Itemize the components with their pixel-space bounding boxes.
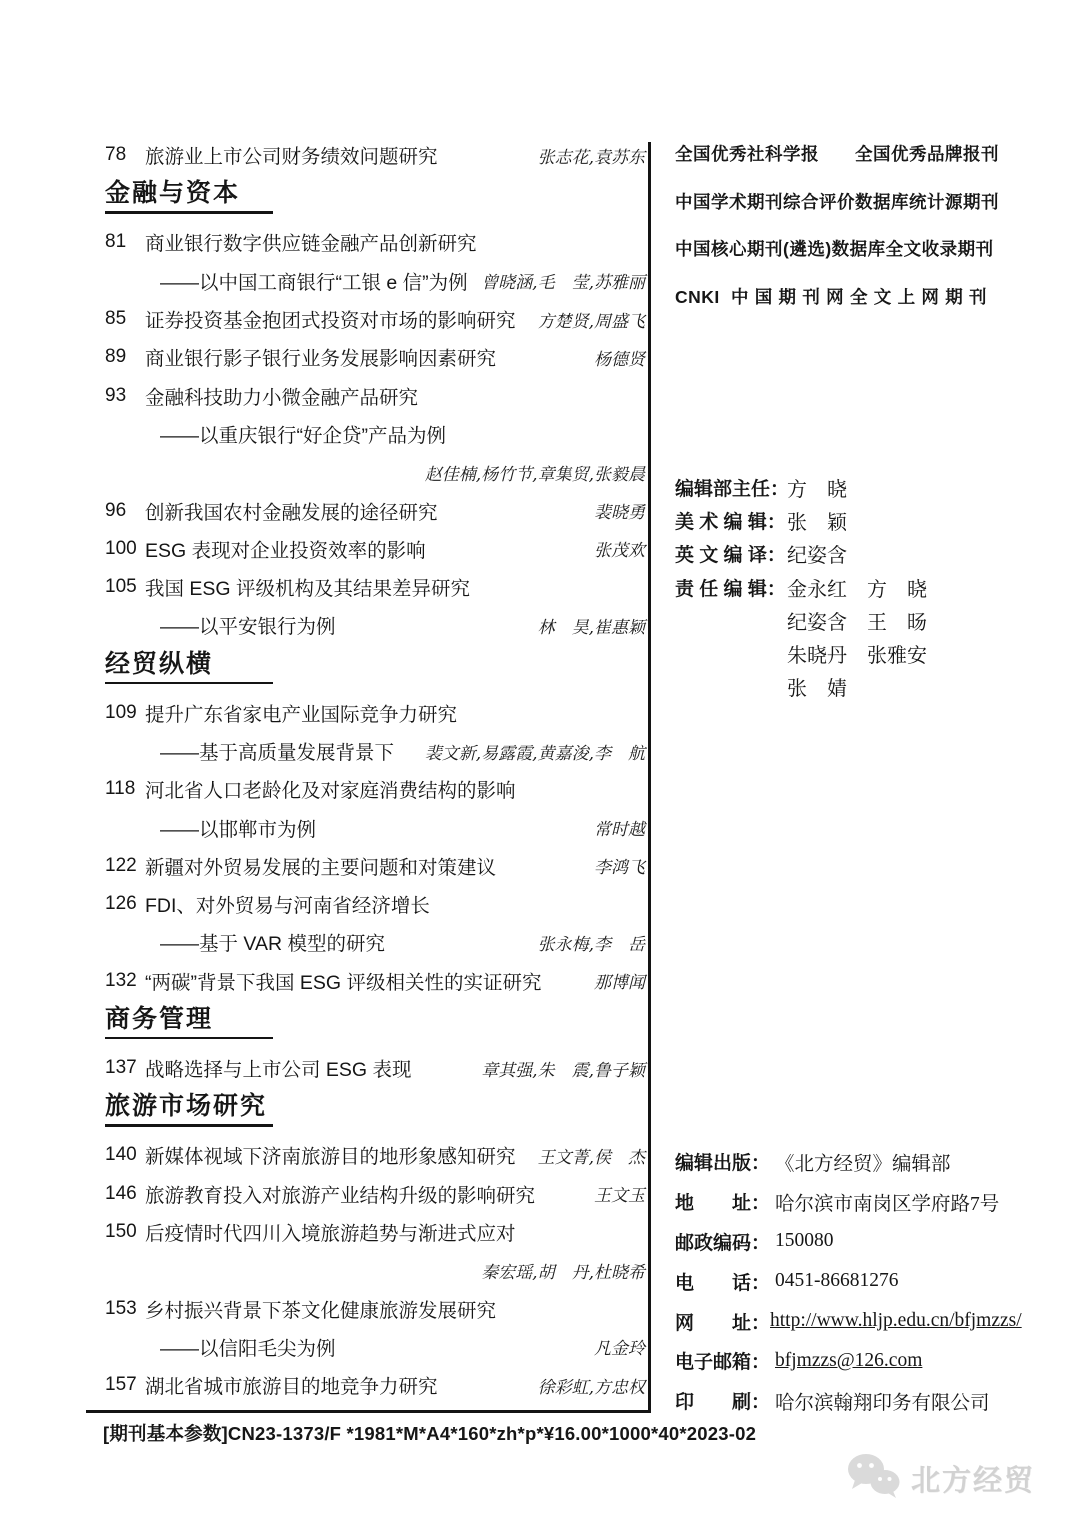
publisher-field-label: 网 址： [675,1308,770,1335]
article-subtitle: ——以信阳毛尖为例 [160,1333,336,1361]
editor-role-label: 编辑部主任： [675,474,787,501]
publisher-field-value: bfjmzzs@126.com [775,1350,922,1372]
article-authors: 张永梅,李 岳 [528,930,645,955]
page-number: 118 [105,778,145,800]
article-authors: 徐彩虹,方忠权 [528,1373,645,1398]
article-title: 河北省人口老龄化及对家庭消费结构的影响 [145,775,516,803]
toc-entry-row: 93金融科技助力小微金融产品研究 [105,376,645,414]
page-number: 150 [105,1221,145,1243]
page-number: 85 [105,308,145,330]
section-header: 经贸纵横 [105,645,645,694]
article-authors: 凡金玲 [584,1334,645,1359]
publisher-field-label: 地 址： [675,1188,775,1215]
page-number: 81 [105,231,145,253]
article-authors: 赵佳楠,杨竹节,章集贸,张毅晨 [415,460,645,485]
toc-subtitle-row: ——基于高质量发展背景下裴文新,易露霞,黄嘉浚,李 航 [105,732,645,770]
toc-entry-row: 100ESG 表现对企业投资效率的影响张茂欢 [105,530,645,568]
wechat-icon [845,1452,903,1505]
footer-rule [86,1410,651,1413]
publisher-line: 网 址：http://www.hljp.edu.cn/bfjmzzs/ [675,1301,1005,1341]
editor-line: 张 婧 [675,670,987,703]
toc-entry-row: 78旅游业上市公司财务绩效问题研究张志花,袁苏东 [105,136,645,174]
toc-entry-row: 96创新我国农村金融发展的途径研究裴晓勇 [105,491,645,529]
page-number: 93 [105,385,145,407]
toc-subtitle-row: ——以重庆银行“好企贷”产品为例 [105,415,645,453]
article-authors: 林 昊,崔惠颖 [528,613,645,638]
page-number: 137 [105,1057,145,1079]
publisher-field-value: 哈尔滨翰翔印务有限公司 [775,1387,990,1415]
editor-role-label: 美 术 编 辑： [675,507,787,534]
section-underline [105,682,273,685]
publisher-field-label: 电子邮箱： [675,1347,775,1374]
article-title: FDI、对外贸易与河南省经济增长 [145,890,430,918]
toc-column: 78旅游业上市公司财务绩效问题研究张志花,袁苏东金融与资本81商业银行数字供应链… [105,136,645,1404]
editor-line: 纪姿含 王 旸 [675,604,987,637]
page-number: 89 [105,346,145,368]
article-subtitle: ——基于 VAR 模型的研究 [160,928,385,956]
journal-toc-page: 78旅游业上市公司财务绩效问题研究张志花,袁苏东金融与资本81商业银行数字供应链… [0,0,1080,1528]
publisher-field-value: 哈尔滨市南岗区学府路7号 [775,1188,999,1216]
toc-authors-row: 赵佳楠,杨竹节,章集贸,张毅晨 [105,453,645,491]
editor-name: 纪姿含 [787,539,847,568]
article-authors: 张志花,袁苏东 [528,143,645,168]
section-title: 经贸纵横 [105,651,645,677]
article-title: 战略选择与上市公司 ESG 表现 [145,1054,412,1082]
article-subtitle: ——以邯郸市为例 [160,814,316,842]
article-authors: 李鸿飞 [584,853,645,878]
accolade-line: CNKI 中国期刊网全文上网期刊 [675,274,987,322]
toc-entry-row: 109提升广东省家电产业国际竞争力研究 [105,694,645,732]
publisher-field-label: 邮政编码： [675,1228,775,1255]
article-title: 后疫情时代四川入境旅游趋势与渐进式应对 [145,1218,516,1246]
page-number: 78 [105,144,145,166]
publisher-line: 编辑出版：《北方经贸》编辑部 [675,1142,1005,1182]
editor-name: 方 晓 [787,473,847,502]
section-title: 商务管理 [105,1006,645,1032]
article-authors: 裴文新,易露霞,黄嘉浚,李 航 [415,739,645,764]
journal-parameters-line: [期刊基本参数]CN23-1373/F *1981*M*A4*160*zh*p*… [103,1420,673,1446]
watermark-text: 北方经贸 [911,1458,1035,1499]
article-title: “两碳”背景下我国 ESG 评级相关性的实证研究 [145,967,542,995]
page-number: 157 [105,1374,145,1396]
publisher-field-value: http://www.hljp.edu.cn/bfjmzzs/ [770,1310,1022,1332]
article-title: 旅游教育投入对旅游产业结构升级的影响研究 [145,1180,535,1208]
page-number: 132 [105,970,145,992]
article-title: 新疆对外贸易发展的主要问题和对策建议 [145,852,496,880]
toc-entry-row: 132“两碳”背景下我国 ESG 评级相关性的实证研究那博闻 [105,962,645,1000]
publisher-field-label: 编辑出版： [675,1148,775,1175]
article-authors: 章其强,朱 震,鲁子颖 [471,1056,645,1081]
toc-entry-row: 122新疆对外贸易发展的主要问题和对策建议李鸿飞 [105,847,645,885]
article-subtitle: ——以平安银行为例 [160,611,336,639]
editor-name: 纪姿含 王 旸 [787,606,927,635]
article-authors: 裴晓勇 [584,498,645,523]
publisher-field-value: 150080 [775,1230,834,1252]
section-header: 金融与资本 [105,174,645,223]
article-title: 乡村振兴背景下茶文化健康旅游发展研究 [145,1295,496,1323]
section-underline [105,1037,273,1040]
article-authors: 王文菁,侯 杰 [528,1143,645,1168]
toc-entry-row: 153乡村振兴背景下茶文化健康旅游发展研究 [105,1289,645,1327]
section-underline [105,1124,273,1127]
toc-subtitle-row: ——以中国工商银行“工银 e 信”为例曾晓涵,毛 莹,苏雅丽 [105,262,645,300]
editor-name: 张 婧 [787,672,847,701]
article-title: ESG 表现对企业投资效率的影响 [145,535,426,563]
editor-name: 金永红 方 晓 [787,573,927,602]
toc-subtitle-row: ——以邯郸市为例常时越 [105,808,645,846]
article-subtitle: ——基于高质量发展背景下 [160,737,394,765]
toc-entry-row: 126FDI、对外贸易与河南省经济增长 [105,885,645,923]
article-authors: 常时越 [584,815,645,840]
section-title: 金融与资本 [105,180,645,206]
toc-entry-row: 150后疫情时代四川入境旅游趋势与渐进式应对 [105,1213,645,1251]
section-title: 旅游市场研究 [105,1093,645,1119]
toc-entry-row: 89商业银行影子银行业务发展影响因素研究杨德贤 [105,338,645,376]
accolades-block: 全国优秀社科学报 全国优秀品牌报刊中国学术期刊综合评价数据库统计源期刊中国核心期… [675,131,987,321]
section-underline [105,211,273,214]
article-authors: 那博闻 [584,968,645,993]
section-header: 商务管理 [105,1000,645,1049]
publisher-field-label: 印 刷： [675,1387,775,1414]
publisher-field-label: 电 话： [675,1268,775,1295]
toc-entry-row: 157湖北省城市旅游目的地竞争力研究徐彩虹,方忠权 [105,1366,645,1404]
toc-entry-row: 146旅游教育投入对旅游产业结构升级的影响研究王文玉 [105,1175,645,1213]
article-authors: 杨德贤 [584,345,645,370]
article-title: 旅游业上市公司财务绩效问题研究 [145,141,438,169]
toc-authors-row: 秦宏瑶,胡 丹,杜晓希 [105,1251,645,1289]
editor-line: 编辑部主任：方 晓 [675,471,987,504]
page-number: 122 [105,855,145,877]
editor-role-label: 责 任 编 辑： [675,574,787,601]
article-title: 新媒体视域下济南旅游目的地形象感知研究 [145,1141,516,1169]
editor-line: 英 文 编 译：纪姿含 [675,537,987,570]
article-title: 证券投资基金抱团式投资对市场的影响研究 [145,305,516,333]
publisher-field-value: 0451-86681276 [775,1270,899,1292]
article-title: 湖北省城市旅游目的地竞争力研究 [145,1371,438,1399]
page-number: 140 [105,1144,145,1166]
page-number: 126 [105,893,145,915]
page-number: 153 [105,1298,145,1320]
toc-entry-row: 118河北省人口老龄化及对家庭消费结构的影响 [105,770,645,808]
article-title: 商业银行影子银行业务发展影响因素研究 [145,343,496,371]
page-number: 146 [105,1183,145,1205]
publisher-line: 印 刷：哈尔滨翰翔印务有限公司 [675,1381,1005,1421]
publisher-line: 地 址：哈尔滨市南岗区学府路7号 [675,1182,1005,1222]
editor-line: 责 任 编 辑：金永红 方 晓 [675,571,987,604]
editor-role-label: 英 文 编 译： [675,540,787,567]
section-header: 旅游市场研究 [105,1087,645,1136]
toc-entry-row: 81商业银行数字供应链金融产品创新研究 [105,223,645,261]
article-title: 商业银行数字供应链金融产品创新研究 [145,228,477,256]
article-title: 金融科技助力小微金融产品研究 [145,382,418,410]
toc-subtitle-row: ——以平安银行为例林 昊,崔惠颖 [105,606,645,644]
publisher-field-value: 《北方经贸》编辑部 [775,1148,951,1176]
toc-entry-row: 85证券投资基金抱团式投资对市场的影响研究方楚贤,周盛飞 [105,300,645,338]
article-authors: 方楚贤,周盛飞 [528,307,645,332]
page-number: 109 [105,702,145,724]
editor-line: 朱晓丹 张雅安 [675,637,987,670]
editors-block: 编辑部主任：方 晓美 术 编 辑：张 颖英 文 编 译：纪姿含责 任 编 辑：金… [675,471,987,703]
article-title: 我国 ESG 评级机构及其结果差异研究 [145,573,470,601]
accolade-line: 中国学术期刊综合评价数据库统计源期刊 [675,179,987,227]
column-divider [648,142,651,1412]
page-number: 100 [105,538,145,560]
editor-name: 张 颖 [787,506,847,535]
publisher-line: 电 话：0451-86681276 [675,1261,1005,1301]
toc-entry-row: 105我国 ESG 评级机构及其结果差异研究 [105,568,645,606]
page-number: 96 [105,500,145,522]
toc-entry-row: 140新媒体视域下济南旅游目的地形象感知研究王文菁,侯 杰 [105,1136,645,1174]
accolade-line: 中国核心期刊(遴选)数据库全文收录期刊 [675,226,987,274]
article-authors: 王文玉 [584,1181,645,1206]
article-subtitle: ——以中国工商银行“工银 e 信”为例 [160,267,468,295]
toc-subtitle-row: ——基于 VAR 模型的研究张永梅,李 岳 [105,923,645,961]
publisher-block: 编辑出版：《北方经贸》编辑部地 址：哈尔滨市南岗区学府路7号邮政编码：15008… [675,1142,1005,1421]
wechat-watermark: 北方经贸 [845,1452,1035,1505]
info-column: 全国优秀社科学报 全国优秀品牌报刊中国学术期刊综合评价数据库统计源期刊中国核心期… [675,136,987,321]
article-subtitle: ——以重庆银行“好企贷”产品为例 [160,420,446,448]
article-authors: 秦宏瑶,胡 丹,杜晓希 [471,1258,645,1283]
article-title: 创新我国农村金融发展的途径研究 [145,497,438,525]
page-number: 105 [105,576,145,598]
publisher-line: 电子邮箱：bfjmzzs@126.com [675,1341,1005,1381]
article-title: 提升广东省家电产业国际竞争力研究 [145,699,457,727]
toc-entry-row: 137战略选择与上市公司 ESG 表现章其强,朱 震,鲁子颖 [105,1049,645,1087]
toc-subtitle-row: ——以信阳毛尖为例凡金玲 [105,1328,645,1366]
editor-line: 美 术 编 辑：张 颖 [675,504,987,537]
article-authors: 曾晓涵,毛 莹,苏雅丽 [471,268,645,293]
editor-name: 朱晓丹 张雅安 [787,639,927,668]
accolade-line: 全国优秀社科学报 全国优秀品牌报刊 [675,131,987,179]
publisher-line: 邮政编码：150080 [675,1222,1005,1262]
article-authors: 张茂欢 [584,536,645,561]
